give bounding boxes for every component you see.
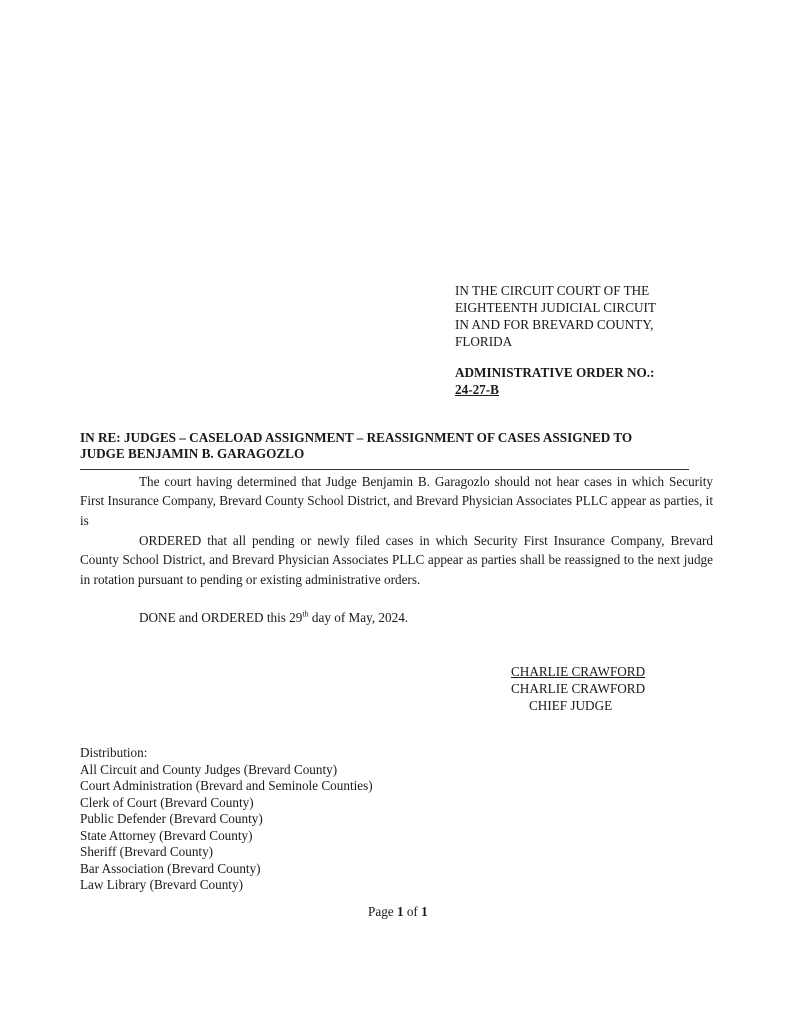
distribution-recipient: Bar Association (Brevard County) (80, 861, 373, 878)
order-number: 24-27-B (455, 382, 499, 397)
title-divider (80, 469, 689, 470)
court-caption-line: IN AND FOR BREVARD COUNTY, (455, 316, 755, 333)
done-suffix: day of May, 2024. (309, 610, 409, 625)
done-prefix: DONE and ORDERED this 29 (139, 610, 302, 625)
ordered-paragraph: ORDERED that all pending or newly filed … (80, 531, 713, 589)
printed-name: CHARLIE CRAWFORD (511, 680, 645, 697)
signature: CHARLIE CRAWFORD (511, 663, 645, 680)
administrative-order-number: ADMINISTRATIVE ORDER NO.: 24-27-B (455, 364, 654, 398)
ordered-text: ORDERED that all pending or newly filed … (80, 533, 713, 587)
recital-text: The court having determined that Judge B… (80, 474, 713, 528)
signer-title: CHIEF JUDGE (511, 697, 645, 714)
page-current: 1 (397, 904, 404, 919)
page-of: of (404, 904, 422, 919)
distribution-recipient: All Circuit and County Judges (Brevard C… (80, 762, 373, 779)
distribution-recipient: Court Administration (Brevard and Semino… (80, 778, 373, 795)
distribution-label: Distribution: (80, 745, 373, 762)
distribution-recipient: Public Defender (Brevard County) (80, 811, 373, 828)
court-caption-line: FLORIDA (455, 333, 755, 350)
done-and-ordered-line: DONE and ORDERED this 29th day of May, 2… (139, 609, 408, 626)
order-label: ADMINISTRATIVE ORDER NO.: (455, 364, 654, 381)
signature-block: CHARLIE CRAWFORD CHARLIE CRAWFORD CHIEF … (511, 663, 645, 714)
document-title: IN RE: JUDGES – CASELOAD ASSIGNMENT – RE… (80, 430, 720, 462)
page-total: 1 (421, 904, 428, 919)
distribution-recipient: Clerk of Court (Brevard County) (80, 795, 373, 812)
page-prefix: Page (368, 904, 397, 919)
court-caption-line: IN THE CIRCUIT COURT OF THE (455, 282, 755, 299)
title-line-2: JUDGE BENJAMIN B. GARAGOZLO (80, 446, 720, 462)
recital-paragraph: The court having determined that Judge B… (80, 472, 713, 530)
page-number: Page 1 of 1 (368, 903, 428, 920)
distribution-list: Distribution: All Circuit and County Jud… (80, 745, 373, 894)
distribution-recipient: State Attorney (Brevard County) (80, 828, 373, 845)
distribution-recipient: Sheriff (Brevard County) (80, 844, 373, 861)
title-line-1: IN RE: JUDGES – CASELOAD ASSIGNMENT – RE… (80, 430, 720, 446)
distribution-recipient: Law Library (Brevard County) (80, 877, 373, 894)
court-caption-line: EIGHTEENTH JUDICIAL CIRCUIT (455, 299, 755, 316)
court-caption: IN THE CIRCUIT COURT OF THE EIGHTEENTH J… (455, 282, 755, 350)
